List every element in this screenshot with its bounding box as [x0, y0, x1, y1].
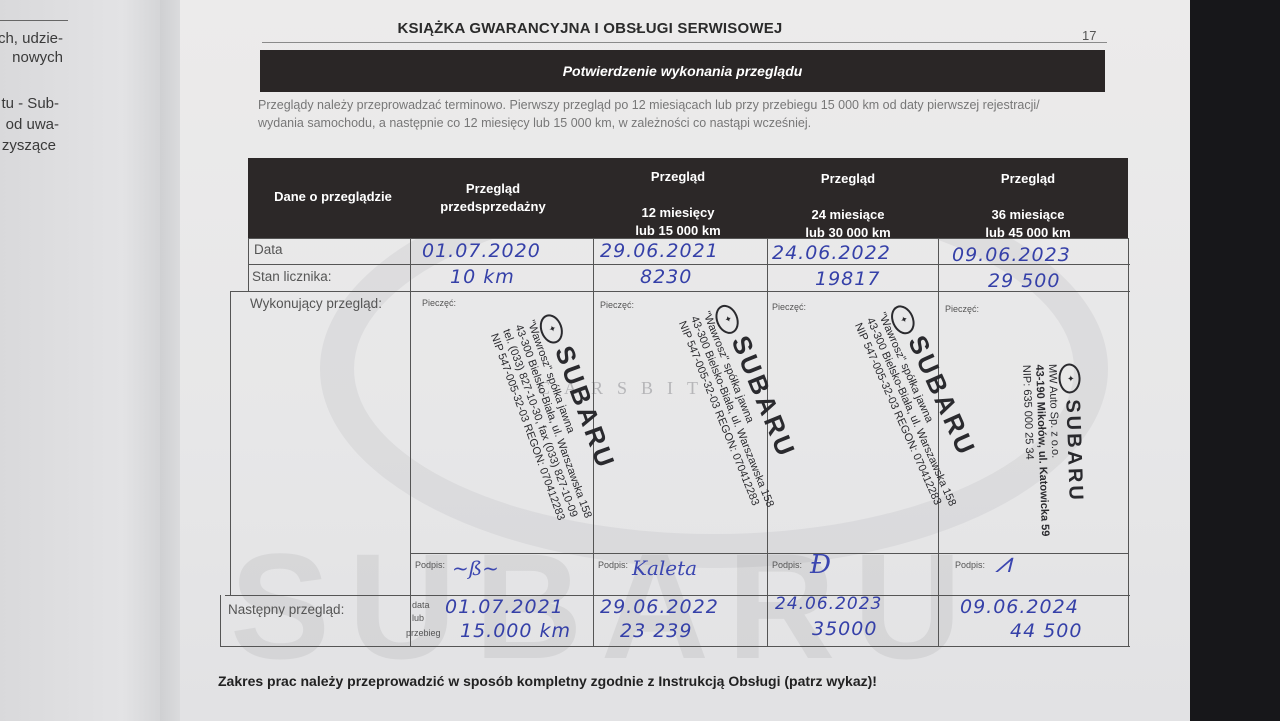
column-header: Dane o przeglądzie: [258, 188, 408, 206]
dealer-stamp: ✦SUBARU MW Auto Sp. z o.o. 43-190 Mikołó…: [1019, 363, 1088, 537]
stamp-label: Pieczęć:: [945, 304, 979, 314]
left-page-text: tu - Sub-: [1, 93, 59, 114]
left-page-text: ch, udzie-: [0, 28, 63, 49]
row-label-odometer: Stan licznika:: [252, 269, 332, 284]
left-page: ch, udzie- nowych tu - Sub- od uwa- zysz…: [0, 0, 175, 721]
next-date-label: data: [412, 600, 430, 610]
row-label-date: Data: [254, 242, 283, 257]
left-page-text: nowych: [12, 47, 63, 68]
signature: ~ß~: [452, 556, 499, 580]
odometer-value: 10 km: [450, 266, 515, 288]
odometer-value: 19817: [815, 268, 880, 290]
column-header-line: lub 30 000 km: [763, 224, 933, 242]
table-header: Dane o przeglądzie Przegląd przedsprzeda…: [248, 158, 1128, 238]
next-mileage-label: przebieg: [406, 628, 441, 638]
grid-line: [248, 238, 249, 291]
stamp-label: Pieczęć:: [422, 298, 456, 308]
column-header-line: 12 miesięcy: [593, 204, 763, 222]
left-page-text: zyszące: [2, 135, 56, 156]
date-value: 01.07.2020: [422, 240, 541, 262]
odometer-value: 8230: [640, 266, 692, 288]
intro-line: wydania samochodu, a następnie co 12 mie…: [258, 114, 1128, 132]
column-header-line: Przegląd: [938, 170, 1118, 188]
footer-note: Zakres prac należy przeprowadzić w sposó…: [218, 673, 877, 689]
subaru-logo-icon: ✦: [1058, 363, 1081, 394]
inspection-table: Dane o przeglądzie Przegląd przedsprzeda…: [220, 158, 1130, 648]
column-header: Przegląd 24 miesiące lub 30 000 km: [763, 170, 933, 242]
column-header-line: Przegląd: [763, 170, 933, 188]
column-header-line: Przegląd: [408, 180, 578, 198]
date-value: 24.06.2022: [772, 242, 891, 264]
next-or-label: lub: [412, 613, 424, 623]
intro-line: Przeglądy należy przeprowadzać terminowo…: [258, 96, 1128, 114]
column-header-line: Przegląd: [593, 168, 763, 186]
next-mileage-value: 44 500: [1010, 620, 1082, 642]
grid-line: [220, 646, 1130, 647]
date-value: 29.06.2021: [600, 240, 719, 262]
column-header: Przegląd 12 miesięcy lub 15 000 km: [593, 168, 763, 240]
next-mileage-value: 23 239: [620, 620, 692, 642]
grid-line: [410, 553, 1128, 554]
odometer-value: 29 500: [988, 270, 1060, 292]
page-number: 17: [1082, 28, 1096, 43]
column-header-line: 36 miesiące: [938, 206, 1118, 224]
header-rule: [262, 42, 1107, 43]
column-header: Przegląd 36 miesiące lub 45 000 km: [938, 170, 1118, 242]
next-date-value: 01.07.2021: [445, 596, 564, 618]
next-mileage-value: 35000: [812, 618, 877, 640]
grid-line: [410, 238, 411, 646]
row-label-next: Następny przegląd:: [228, 602, 344, 617]
signature-label: Podpis:: [598, 560, 628, 570]
book-title: KSIĄŻKA GWARANCYJNA I OBSŁUGI SERWISOWEJ: [285, 20, 895, 37]
stamp-label: Pieczęć:: [772, 302, 806, 312]
signature: Ɖ: [810, 550, 831, 580]
intro-text: Przeglądy należy przeprowadzać terminowo…: [258, 96, 1128, 132]
signature-label: Podpis:: [955, 560, 985, 570]
column-header-line: przedsprzedażny: [408, 198, 578, 216]
signature: Kaleta: [632, 556, 697, 580]
background-surface: [1190, 0, 1280, 721]
next-date-value: 09.06.2024: [960, 596, 1079, 618]
column-header-line: lub 45 000 km: [938, 224, 1118, 242]
next-date-value: 29.06.2022: [600, 596, 719, 618]
row-label-performer: Wykonujący przegląd:: [250, 296, 382, 311]
next-mileage-value: 15.000 km: [460, 620, 571, 642]
grid-line: [1128, 238, 1129, 646]
grid-line: [230, 291, 231, 595]
signature-label: Podpis:: [772, 560, 802, 570]
signature: ⩘: [995, 546, 1011, 580]
stamp-label: Pieczęć:: [600, 300, 634, 310]
column-header: Przegląd przedsprzedażny: [408, 180, 578, 216]
left-page-rule: [0, 20, 68, 21]
next-date-value: 24.06.2023: [775, 594, 882, 614]
column-header-line: 24 miesiące: [763, 206, 933, 224]
left-page-text: od uwa-: [6, 114, 59, 135]
signature-label: Podpis:: [415, 560, 445, 570]
dealer-stamp: ✦SUBARU "Wawrosz" spółka jawna 43-300 Bi…: [487, 308, 635, 529]
dealer-stamp: ✦SUBARU "Wawrosz" spółka jawna 43-300 Bi…: [675, 298, 817, 514]
date-value: 09.06.2023: [952, 244, 1071, 266]
section-title: Potwierdzenie wykonania przeglądu: [260, 50, 1105, 92]
grid-line: [220, 595, 221, 646]
grid-line: [248, 238, 1128, 239]
dealer-stamp: ✦SUBARU "Wawrosz" spółka jawna 43-300 Bi…: [851, 298, 998, 514]
